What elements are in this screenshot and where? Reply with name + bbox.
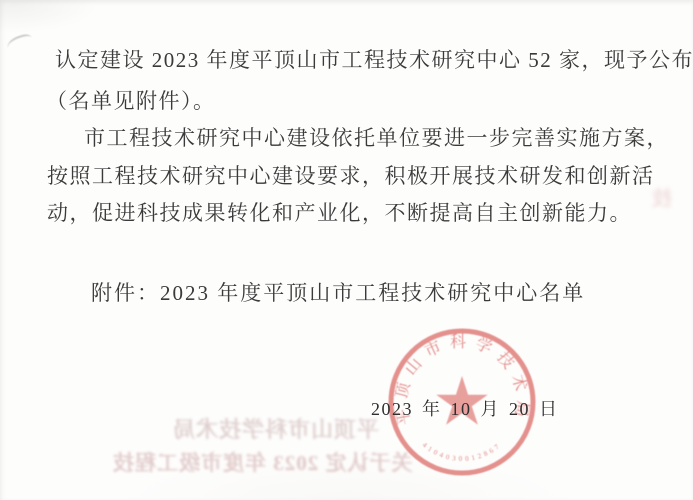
bleedthrough-text: 关于认定 2023 年度市级工程技 — [112, 447, 413, 477]
bleedthrough-fragment: 技 — [652, 182, 672, 211]
scan-artifact — [5, 32, 34, 54]
body-line: （名单见附件）。 — [46, 85, 216, 115]
seal-code-arc-text: 4104030012867 — [421, 441, 503, 463]
date-line: 2023 年 10 月 20 日 — [371, 395, 559, 421]
body-line: 按照工程技术研究中心建设要求，积极开展技术研发和创新活 — [47, 160, 655, 190]
body-line: 市工程技术研究中心建设依托单位要进一步完善实施方案， — [84, 122, 669, 152]
bleedthrough-text: 平顶山市科学技术局 — [172, 413, 379, 444]
attachment-line: 附件：2023 年度平顶山市工程技术研究中心名单 — [91, 277, 585, 307]
body-line: 认定建设 2023 年度平顶山市工程技术研究中心 52 家，现予公布 — [55, 44, 693, 74]
body-line: 动，促进科技成果转化和产业化，不断提高自主创新能力。 — [47, 197, 632, 227]
scanned-document-page: 平顶山市科学技术局 关于认定 2023 年度市级工程技 技 认定建设 2023 … — [0, 0, 693, 500]
